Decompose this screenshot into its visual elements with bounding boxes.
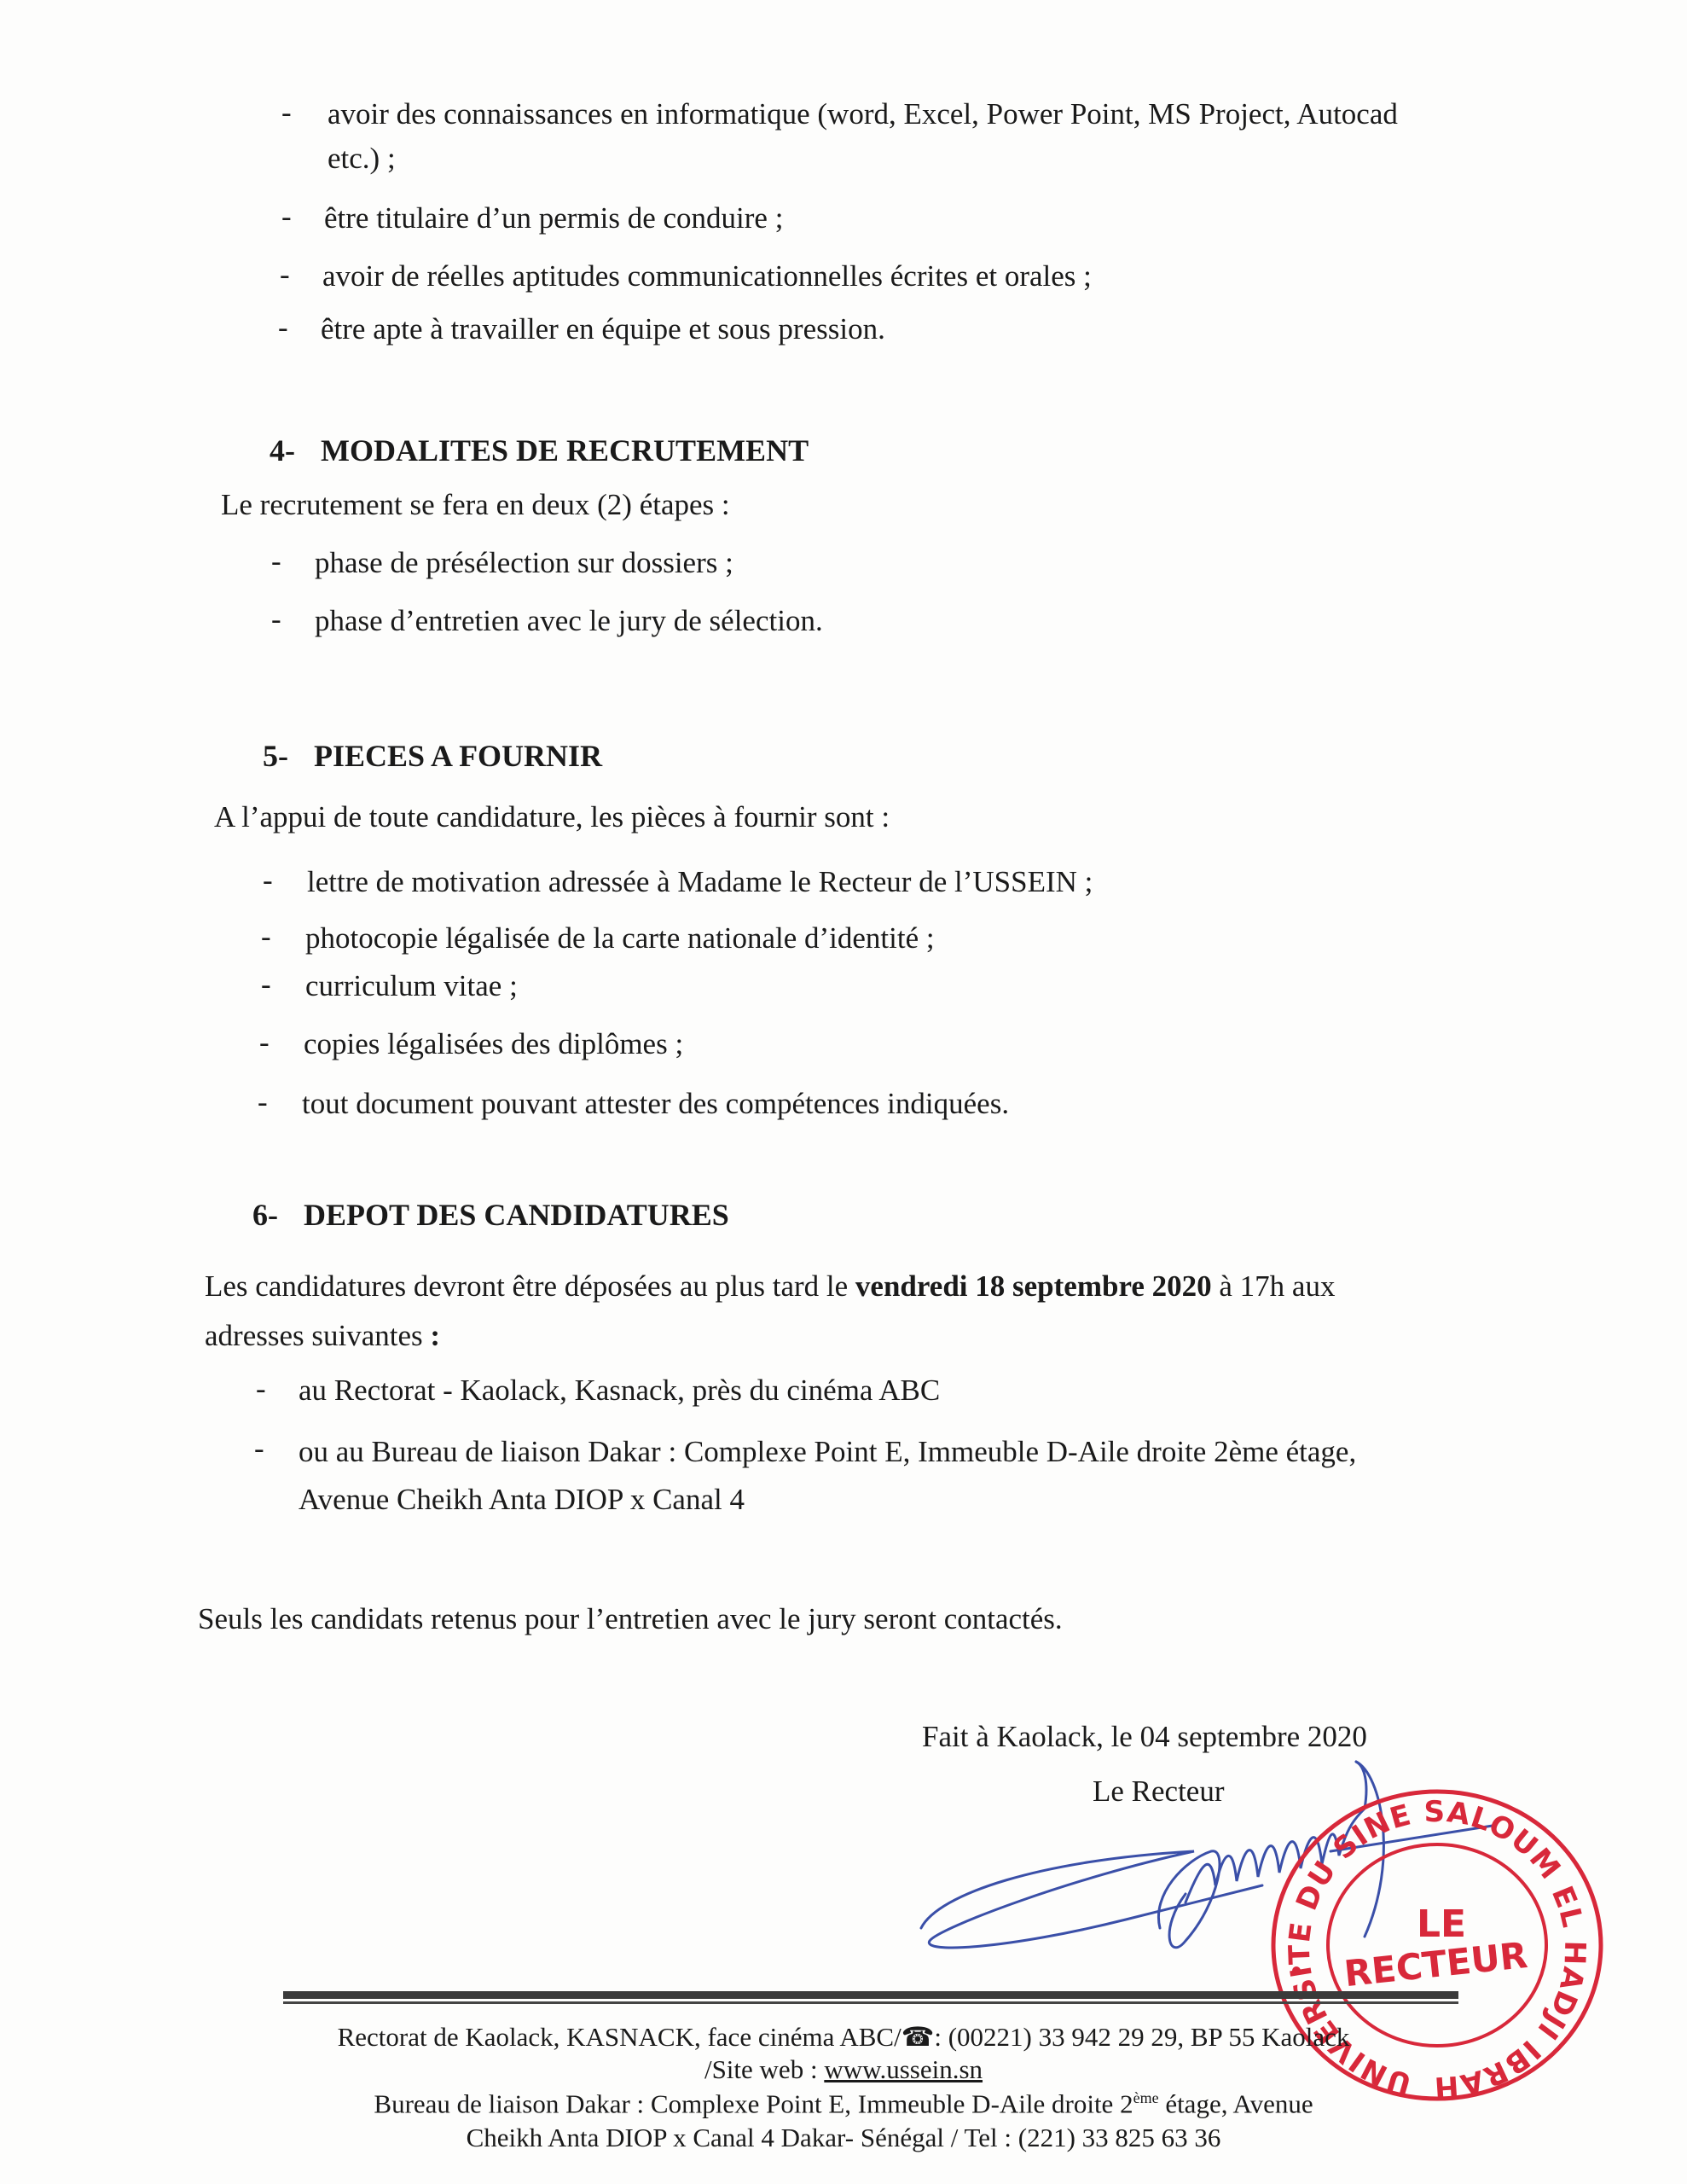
section-number: 4- [270,435,321,466]
bullet-dash: - [259,1027,270,1057]
list-item: copies légalisées des diplômes ; [304,1029,683,1059]
section-intro: A l’appui de toute candidature, les pièc… [214,802,890,832]
list-item-continuation: Avenue Cheikh Anta DIOP x Canal 4 [299,1484,745,1514]
section-heading: 4-MODALITES DE RECRUTEMENT [270,435,809,466]
stamp-center-line1: LE [1417,1902,1466,1946]
bullet-dash: - [280,259,290,289]
section-intro: Le recrutement se fera en deux (2) étape… [221,490,730,520]
bullet-dash: - [281,97,292,127]
footer-divider [283,1991,1458,1999]
section-title: MODALITES DE RECRUTEMENT [321,433,809,468]
deadline-date: vendredi 18 septembre 2020 [855,1269,1212,1303]
list-item: ou au Bureau de liaison Dakar : Complexe… [299,1437,1356,1467]
bullet-dash: - [258,1087,268,1117]
section-intro: Les candidatures devront être déposées a… [205,1271,1335,1301]
bullet-dash: - [271,546,281,576]
footer-divider-thin [283,2001,1458,2004]
bullet-dash: - [263,865,273,895]
list-item: curriculum vitae ; [305,971,518,1001]
website-link[interactable]: www.ussein.sn [824,2054,983,2084]
list-item: phase de présélection sur dossiers ; [315,548,733,578]
bullet-dash: - [256,1374,266,1403]
footer-dakar-line: Bureau de liaison Dakar : Complexe Point… [0,2090,1687,2117]
footer-address-line: Rectorat de Kaolack, KASNACK, face ciném… [0,2024,1687,2050]
bullet-dash: - [271,604,281,634]
section-heading: 5-PIECES A FOURNIR [263,741,602,771]
bullet-dash: - [278,312,288,342]
list-item: lettre de motivation adressée à Madame l… [307,867,1093,897]
section-title: DEPOT DES CANDIDATURES [304,1198,729,1232]
section-intro-cont: adresses suivantes : [205,1321,440,1350]
section-number: 6- [252,1199,304,1230]
section-heading: 6-DEPOT DES CANDIDATURES [252,1199,729,1230]
list-item: phase d’entretien avec le jury de sélect… [315,606,823,636]
section-title: PIECES A FOURNIR [314,739,602,773]
footer-website-line: /Site web : www.ussein.sn [0,2056,1687,2082]
section-number: 5- [263,741,314,771]
bullet-dash: - [261,969,271,999]
closing-note: Seuls les candidats retenus pour l’entre… [198,1604,1063,1634]
phone-icon: ☎ [901,2022,935,2052]
list-item: être titulaire d’un permis de conduire ; [324,203,783,233]
place-date: Fait à Kaolack, le 04 septembre 2020 [922,1722,1367,1751]
list-item: photocopie légalisée de la carte nationa… [305,923,935,953]
bullet-dash: - [261,921,271,951]
bullet-dash: - [281,201,292,231]
list-item: être apte à travailler en équipe et sous… [321,314,885,344]
list-item: au Rectorat - Kaolack, Kasnack, près du … [299,1375,940,1405]
list-item: tout document pouvant attester des compé… [302,1089,1009,1118]
list-item-continuation: etc.) ; [328,143,396,173]
list-item: avoir des connaissances en informatique … [328,99,1398,129]
list-item: avoir de réelles aptitudes communication… [322,261,1092,291]
bullet-dash: - [254,1433,264,1463]
footer-contact-line: Cheikh Anta DIOP x Canal 4 Dakar- Sénéga… [0,2124,1687,2151]
stamp-center-line2: RECTEUR [1342,1934,1530,1995]
